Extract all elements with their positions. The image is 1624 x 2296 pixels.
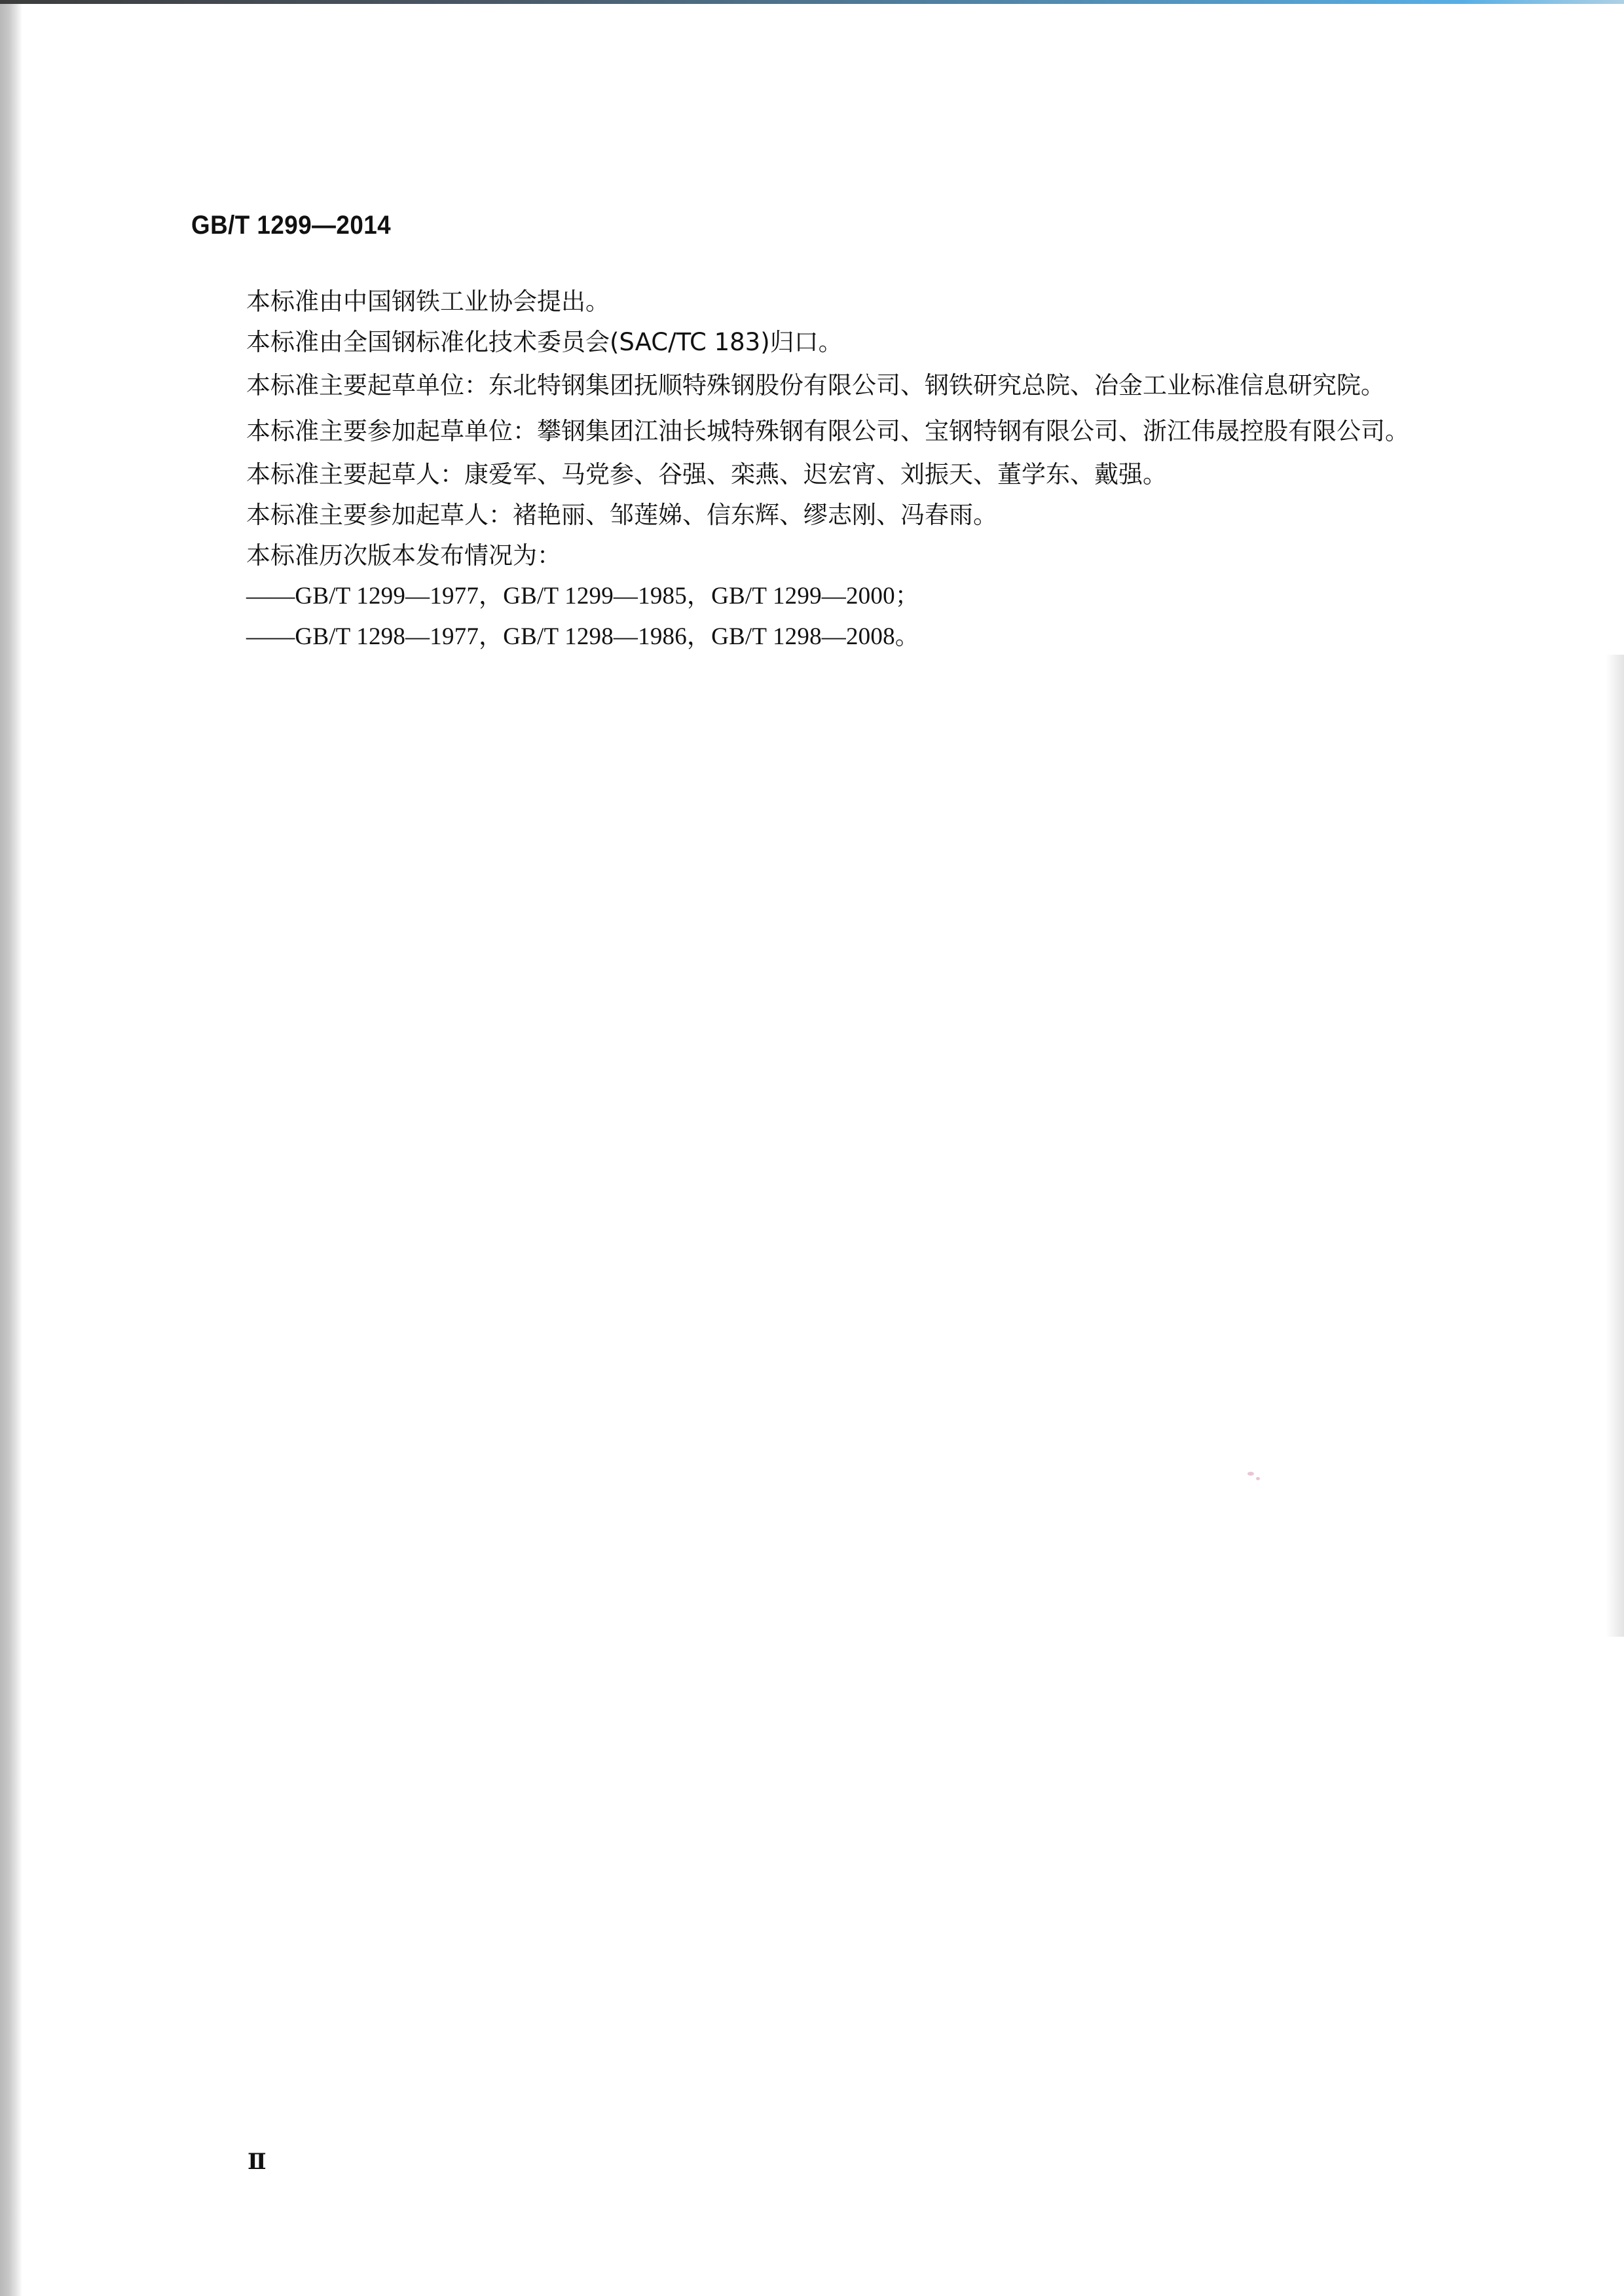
scan-speck (1247, 1472, 1254, 1476)
scan-top-edge (0, 0, 1624, 4)
version-history-item: ——GB/T 1298—1977，GB/T 1298—1986，GB/T 129… (191, 617, 1459, 657)
paragraph-version-history-intro: 本标准历次版本发布情况为： (191, 536, 1459, 576)
page-number: Ⅱ (248, 2149, 267, 2175)
scan-speck (1256, 1477, 1260, 1480)
paragraph-participating-units: 本标准主要参加起草单位：攀钢集团江油长城特殊钢有限公司、宝钢特钢有限公司、浙江伟… (191, 409, 1459, 454)
scan-right-shadow (1606, 655, 1624, 1637)
paragraph-technical-committee: 本标准由全国钢标准化技术委员会(SAC/TC 183)归口。 (191, 322, 1459, 363)
version-history-item: ——GB/T 1299—1977，GB/T 1299—1985，GB/T 129… (191, 576, 1459, 617)
foreword-body: 本标准由中国钢铁工业协会提出。 本标准由全国钢标准化技术委员会(SAC/TC 1… (191, 282, 1459, 657)
scan-left-shadow (0, 4, 22, 2296)
standard-code-header: GB/T 1299—2014 (191, 211, 391, 240)
paragraph-participating-drafters: 本标准主要参加起草人：褚艳丽、邹莲娣、信东辉、缪志刚、冯春雨。 (191, 495, 1459, 536)
paragraph-proposed-by: 本标准由中国钢铁工业协会提出。 (191, 282, 1459, 322)
paragraph-main-drafters: 本标准主要起草人：康爱军、马党参、谷强、栾燕、迟宏宵、刘振天、董学东、戴强。 (191, 454, 1459, 495)
paragraph-drafting-units: 本标准主要起草单位：东北特钢集团抚顺特殊钢股份有限公司、钢铁研究总院、冶金工业标… (191, 363, 1459, 409)
